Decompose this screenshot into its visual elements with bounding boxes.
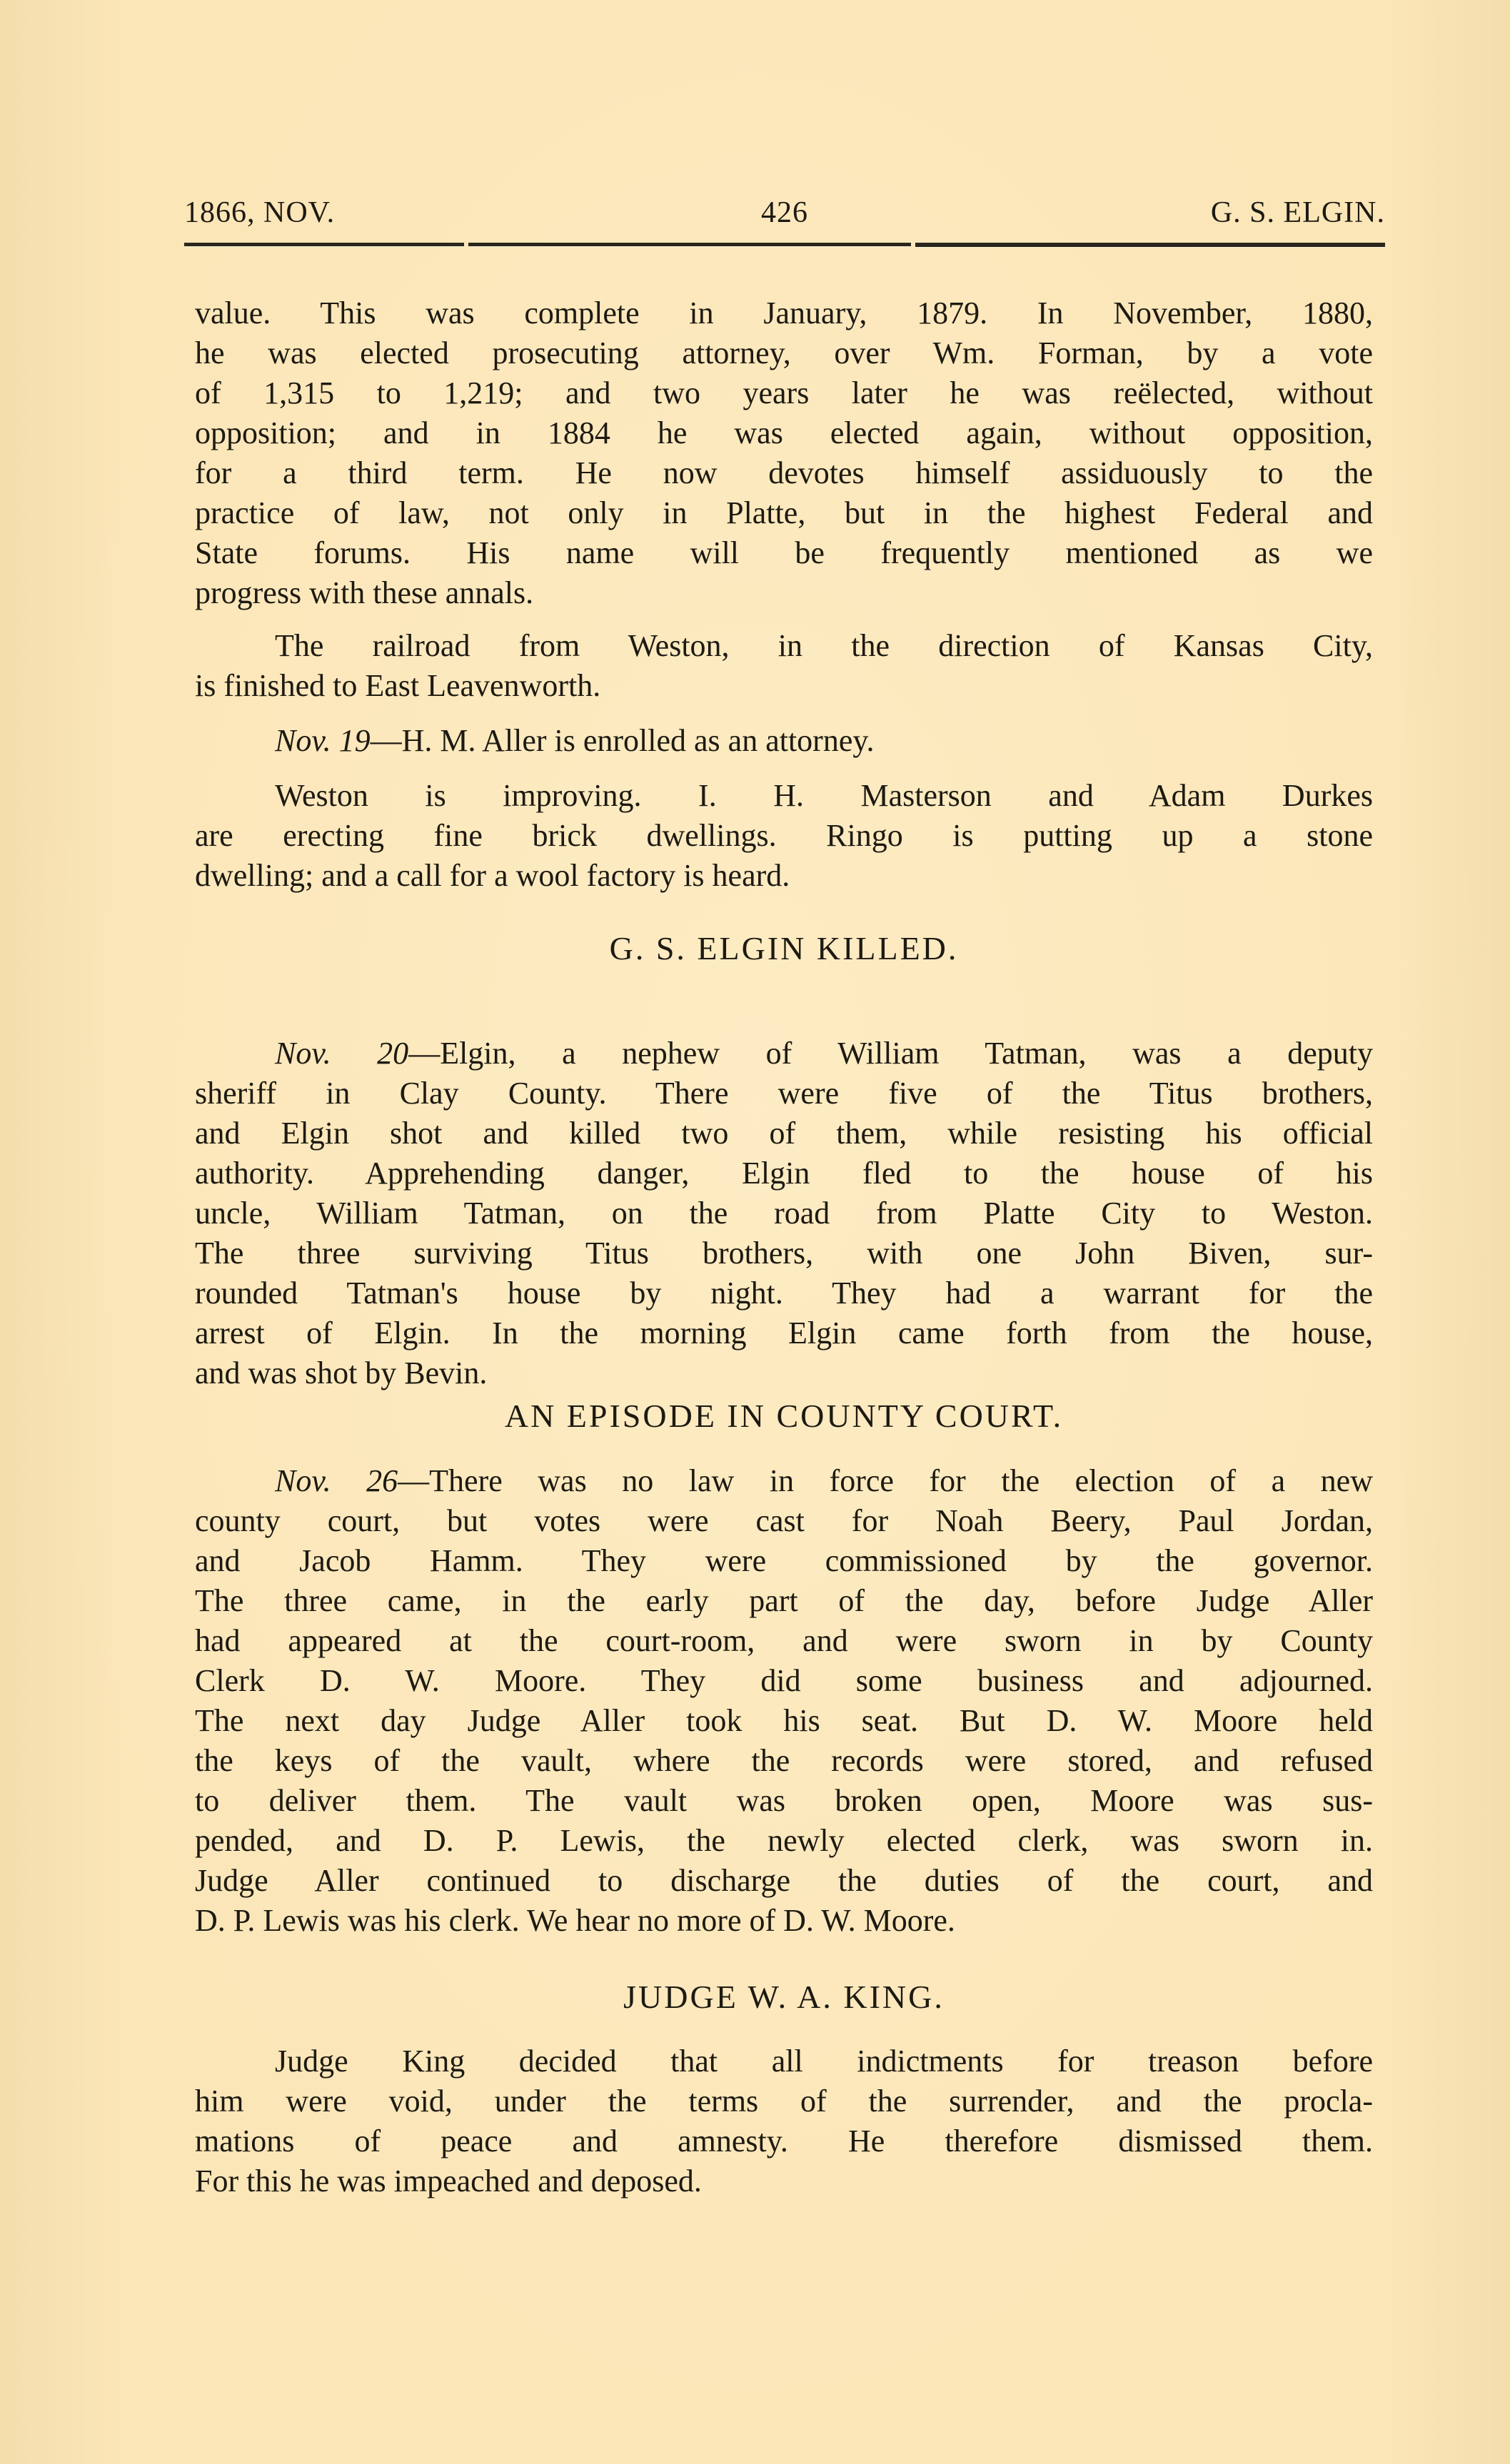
- text-line: Weston is improving. I. H. Masterson and…: [275, 776, 1373, 816]
- text-line: to deliver them. The vault was broken op…: [195, 1781, 1373, 1821]
- text-line: uncle, William Tatman, on the road from …: [195, 1193, 1373, 1233]
- text-line: The three came, in the early part of the…: [195, 1581, 1373, 1621]
- header-rule-right: [915, 243, 1385, 248]
- text-line: For this he was impeached and deposed.: [195, 2161, 1373, 2201]
- running-head-title: G. S. ELGIN.: [1211, 191, 1385, 234]
- text-line: Clerk D. W. Moore. They did some busines…: [195, 1661, 1373, 1701]
- entry-text: —There was no law in force for the elect…: [398, 1463, 1373, 1498]
- text-line: the keys of the vault, where the records…: [195, 1741, 1373, 1781]
- text-line: practice of law, not only in Platte, but…: [195, 493, 1373, 533]
- text-line: authority. Apprehending danger, Elgin fl…: [195, 1153, 1373, 1193]
- text-line: Judge King decided that all indictments …: [275, 2041, 1373, 2081]
- text-line: State forums. His name will be frequentl…: [195, 533, 1373, 573]
- text-line: dwelling; and a call for a wool factory …: [195, 856, 1373, 896]
- header-rule-left: [184, 243, 464, 247]
- text-line: him were void, under the terms of the su…: [195, 2081, 1373, 2121]
- dated-entry-line: Nov. 20—Elgin, a nephew of William Tatma…: [275, 1034, 1373, 1074]
- page-number: 426: [184, 191, 1385, 234]
- text-line: sheriff in Clay County. There were five …: [195, 1074, 1373, 1114]
- text-line: and Elgin shot and killed two of them, w…: [195, 1114, 1373, 1153]
- entry-date: Nov. 19: [275, 723, 371, 758]
- text-line: of 1,315 to 1,219; and two years later h…: [195, 373, 1373, 413]
- text-line: mations of peace and amnesty. He therefo…: [195, 2121, 1373, 2161]
- running-head: 1866, NOV. 426 G. S. ELGIN.: [184, 191, 1385, 234]
- text-line: The railroad from Weston, in the directi…: [275, 626, 1373, 666]
- text-line: and Jacob Hamm. They were commissioned b…: [195, 1541, 1373, 1581]
- text-line: for a third term. He now devotes himself…: [195, 453, 1373, 493]
- text-line: is finished to East Leavenworth.: [195, 666, 1373, 706]
- dated-entry-line: Nov. 19—H. M. Aller is enrolled as an at…: [275, 721, 1373, 761]
- section-heading: G. S. ELGIN KILLED.: [195, 927, 1373, 970]
- text-line: progress with these annals.: [195, 573, 1373, 613]
- entry-date: Nov. 26: [275, 1463, 398, 1498]
- text-line: had appeared at the court-room, and were…: [195, 1621, 1373, 1661]
- dated-entry-line: Nov. 26—There was no law in force for th…: [275, 1461, 1373, 1501]
- text-line: The next day Judge Aller took his seat. …: [195, 1701, 1373, 1741]
- text-line: opposition; and in 1884 he was elected a…: [195, 413, 1373, 453]
- text-line: he was elected prosecuting attorney, ove…: [195, 333, 1373, 373]
- section-heading: JUDGE W. A. KING.: [195, 1976, 1373, 2019]
- text-line: pended, and D. P. Lewis, the newly elect…: [195, 1821, 1373, 1861]
- text-line: D. P. Lewis was his clerk. We hear no mo…: [195, 1901, 1373, 1941]
- text-line: The three surviving Titus brothers, with…: [195, 1233, 1373, 1273]
- text-line: value. This was complete in January, 187…: [195, 293, 1373, 333]
- text-line: and was shot by Bevin.: [195, 1353, 1373, 1393]
- entry-text: —Elgin, a nephew of William Tatman, was …: [408, 1036, 1373, 1071]
- book-page: 1866, NOV. 426 G. S. ELGIN. value. This …: [0, 0, 1510, 2464]
- entry-date: Nov. 20: [275, 1036, 408, 1071]
- text-line: Judge Aller continued to discharge the d…: [195, 1861, 1373, 1901]
- text-line: rounded Tatman's house by night. They ha…: [195, 1273, 1373, 1313]
- text-line: are erecting fine brick dwellings. Ringo…: [195, 816, 1373, 856]
- header-rule-center: [468, 243, 911, 247]
- entry-text: —H. M. Aller is enrolled as an attorney.: [371, 723, 875, 758]
- section-heading: AN EPISODE IN COUNTY COURT.: [195, 1395, 1373, 1438]
- text-line: arrest of Elgin. In the morning Elgin ca…: [195, 1313, 1373, 1353]
- text-line: county court, but votes were cast for No…: [195, 1501, 1373, 1541]
